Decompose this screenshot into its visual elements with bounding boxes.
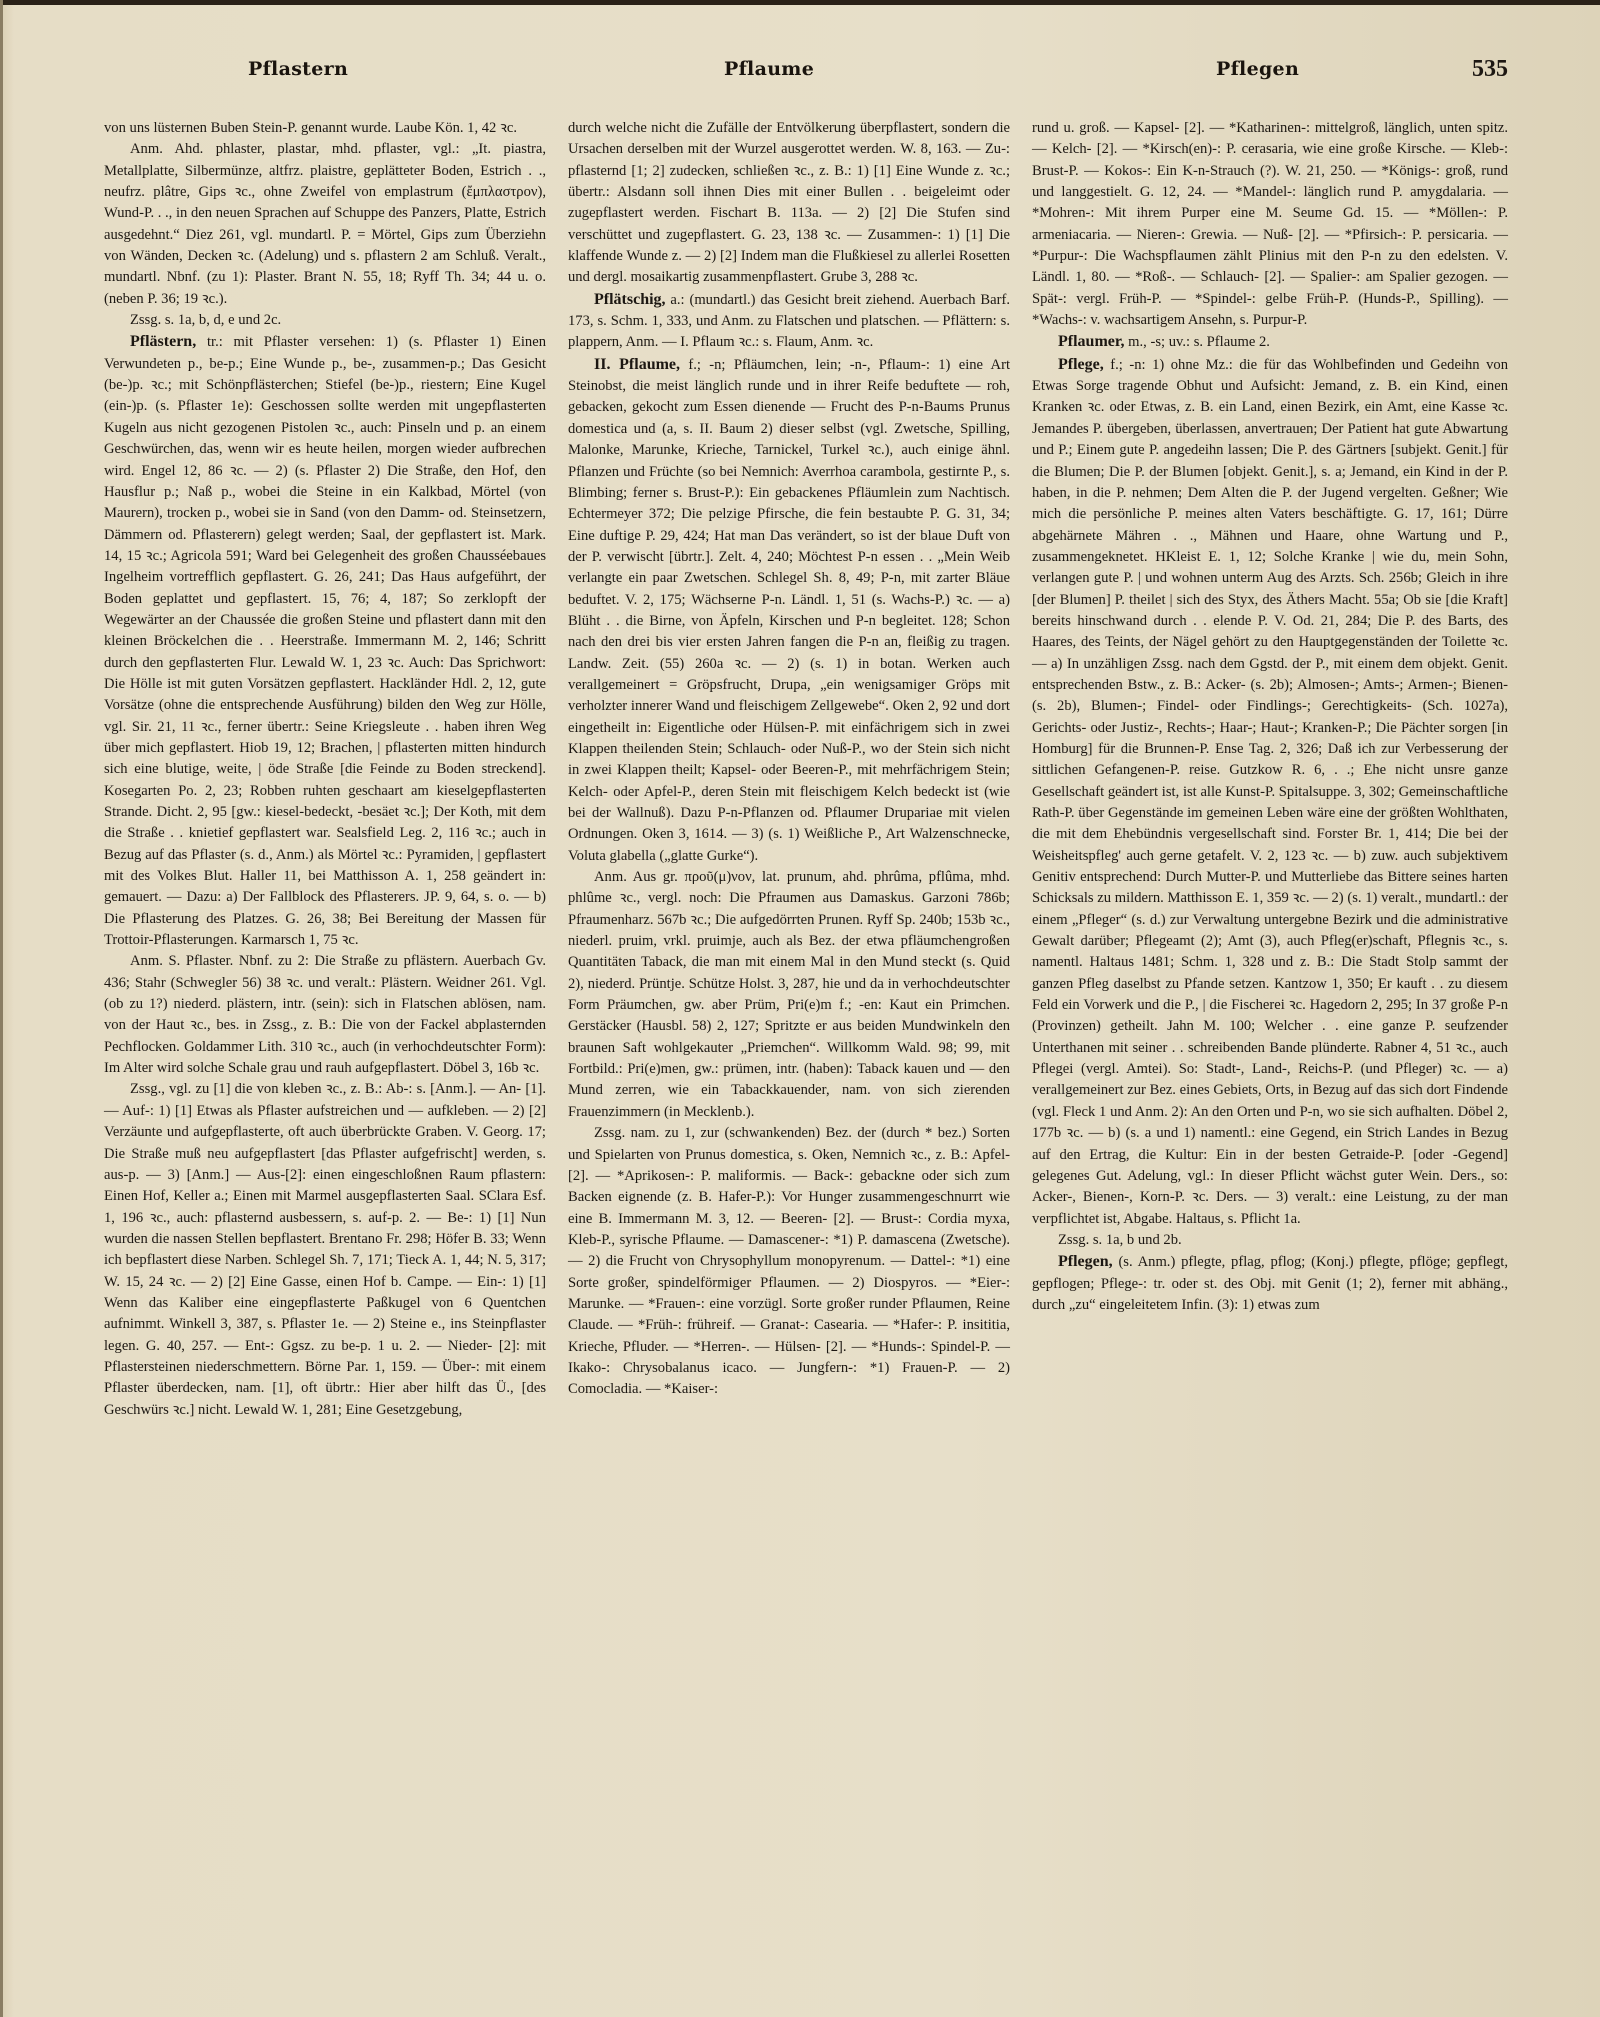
running-head-right: Pflegen xyxy=(1216,58,1299,80)
entry-paragraph: Zssg. nam. zu 1, zur (schwankenden) Bez.… xyxy=(568,1123,1010,1400)
entry-paragraph: Zssg. s. 1a, b und 2b. xyxy=(1032,1230,1508,1251)
dictionary-entry: Pflege, f.; -n: 1) ohne Mz.: die für das… xyxy=(1032,354,1508,1230)
entry-paragraph: von uns lüsternen Buben Stein-P. genannt… xyxy=(104,118,546,139)
entry-paragraph: Anm. Ahd. phlaster, plastar, mhd. pflast… xyxy=(104,139,546,310)
page-left-edge xyxy=(0,0,3,2017)
entry-text: rund u. groß. — Kapsel- [2]. — *Katharin… xyxy=(1032,120,1508,328)
entry-text: von uns lüsternen Buben Stein-P. genannt… xyxy=(104,120,517,136)
entry-text: f.; -n; Pfläumchen, lein; -n-, Pflaum-: … xyxy=(568,357,1010,864)
entry-text: Zssg. s. 1a, b, d, e und 2c. xyxy=(130,312,281,328)
column-2: durch welche nicht die Zufälle der Entvö… xyxy=(568,118,1010,1401)
entry-text: Anm. Aus gr. προῦ(μ)νον, lat. prunum, ah… xyxy=(568,869,1010,1120)
entry-text: m., -s; uv.: s. Pflaume 2. xyxy=(1125,334,1270,350)
entry-headword: Pflege, xyxy=(1058,356,1104,373)
running-head-left: Pflastern xyxy=(248,58,348,80)
text-columns: von uns lüsternen Buben Stein-P. genannt… xyxy=(104,118,1508,1978)
entry-paragraph: rund u. groß. — Kapsel- [2]. — *Katharin… xyxy=(1032,118,1508,331)
dictionary-entry: Pflegen, (s. Anm.) pflegte, pflag, pflog… xyxy=(1032,1251,1508,1316)
entry-text: tr.: mit Pflaster versehen: 1) (s. Pflas… xyxy=(104,334,546,948)
page-number: 535 xyxy=(1472,56,1508,83)
running-header: Pflastern Pflaume Pflegen 535 xyxy=(0,58,1600,94)
dictionary-entry: Pflaumer, m., -s; uv.: s. Pflaume 2. xyxy=(1032,331,1508,353)
entry-paragraph: Zssg., vgl. zu [1] die von kleben ꝛc., z… xyxy=(104,1079,546,1421)
entry-headword: Pflegen, xyxy=(1058,1253,1113,1270)
entry-paragraph: durch welche nicht die Zufälle der Entvö… xyxy=(568,118,1010,289)
page-top-edge xyxy=(0,0,1600,5)
entry-headword: II. Pflaume, xyxy=(594,356,680,373)
entry-paragraph: Zssg. s. 1a, b, d, e und 2c. xyxy=(104,310,546,331)
entry-text: Anm. Ahd. phlaster, plastar, mhd. pflast… xyxy=(104,141,546,306)
entry-text: f.; -n: 1) ohne Mz.: die für das Wohlbef… xyxy=(1032,357,1508,1227)
entry-paragraph: Anm. Aus gr. προῦ(μ)νον, lat. prunum, ah… xyxy=(568,867,1010,1123)
entry-text: durch welche nicht die Zufälle der Entvö… xyxy=(568,120,1010,285)
dictionary-entry: Pflästern, tr.: mit Pflaster versehen: 1… xyxy=(104,331,546,951)
entry-headword: Pflätschig, xyxy=(594,291,666,308)
entry-text: Anm. S. Pflaster. Nbnf. zu 2: Die Straße… xyxy=(104,953,546,1076)
entry-headword: Pflaumer, xyxy=(1058,333,1125,350)
entry-paragraph: Anm. S. Pflaster. Nbnf. zu 2: Die Straße… xyxy=(104,951,546,1079)
entry-text: Zssg. nam. zu 1, zur (schwankenden) Bez.… xyxy=(568,1125,1010,1397)
column-3: rund u. groß. — Kapsel- [2]. — *Katharin… xyxy=(1032,118,1508,1316)
scanned-dictionary-page: Pflastern Pflaume Pflegen 535 von uns lü… xyxy=(0,0,1600,2017)
entry-text: Zssg., vgl. zu [1] die von kleben ꝛc., z… xyxy=(104,1081,546,1417)
dictionary-entry: II. Pflaume, f.; -n; Pfläumchen, lein; -… xyxy=(568,354,1010,867)
entry-text: Zssg. s. 1a, b und 2b. xyxy=(1058,1232,1182,1248)
column-1: von uns lüsternen Buben Stein-P. genannt… xyxy=(104,118,546,1421)
dictionary-entry: Pflätschig, a.: (mundartl.) das Gesicht … xyxy=(568,289,1010,354)
entry-headword: Pflästern, xyxy=(130,333,196,350)
running-head-center: Pflaume xyxy=(724,58,814,80)
